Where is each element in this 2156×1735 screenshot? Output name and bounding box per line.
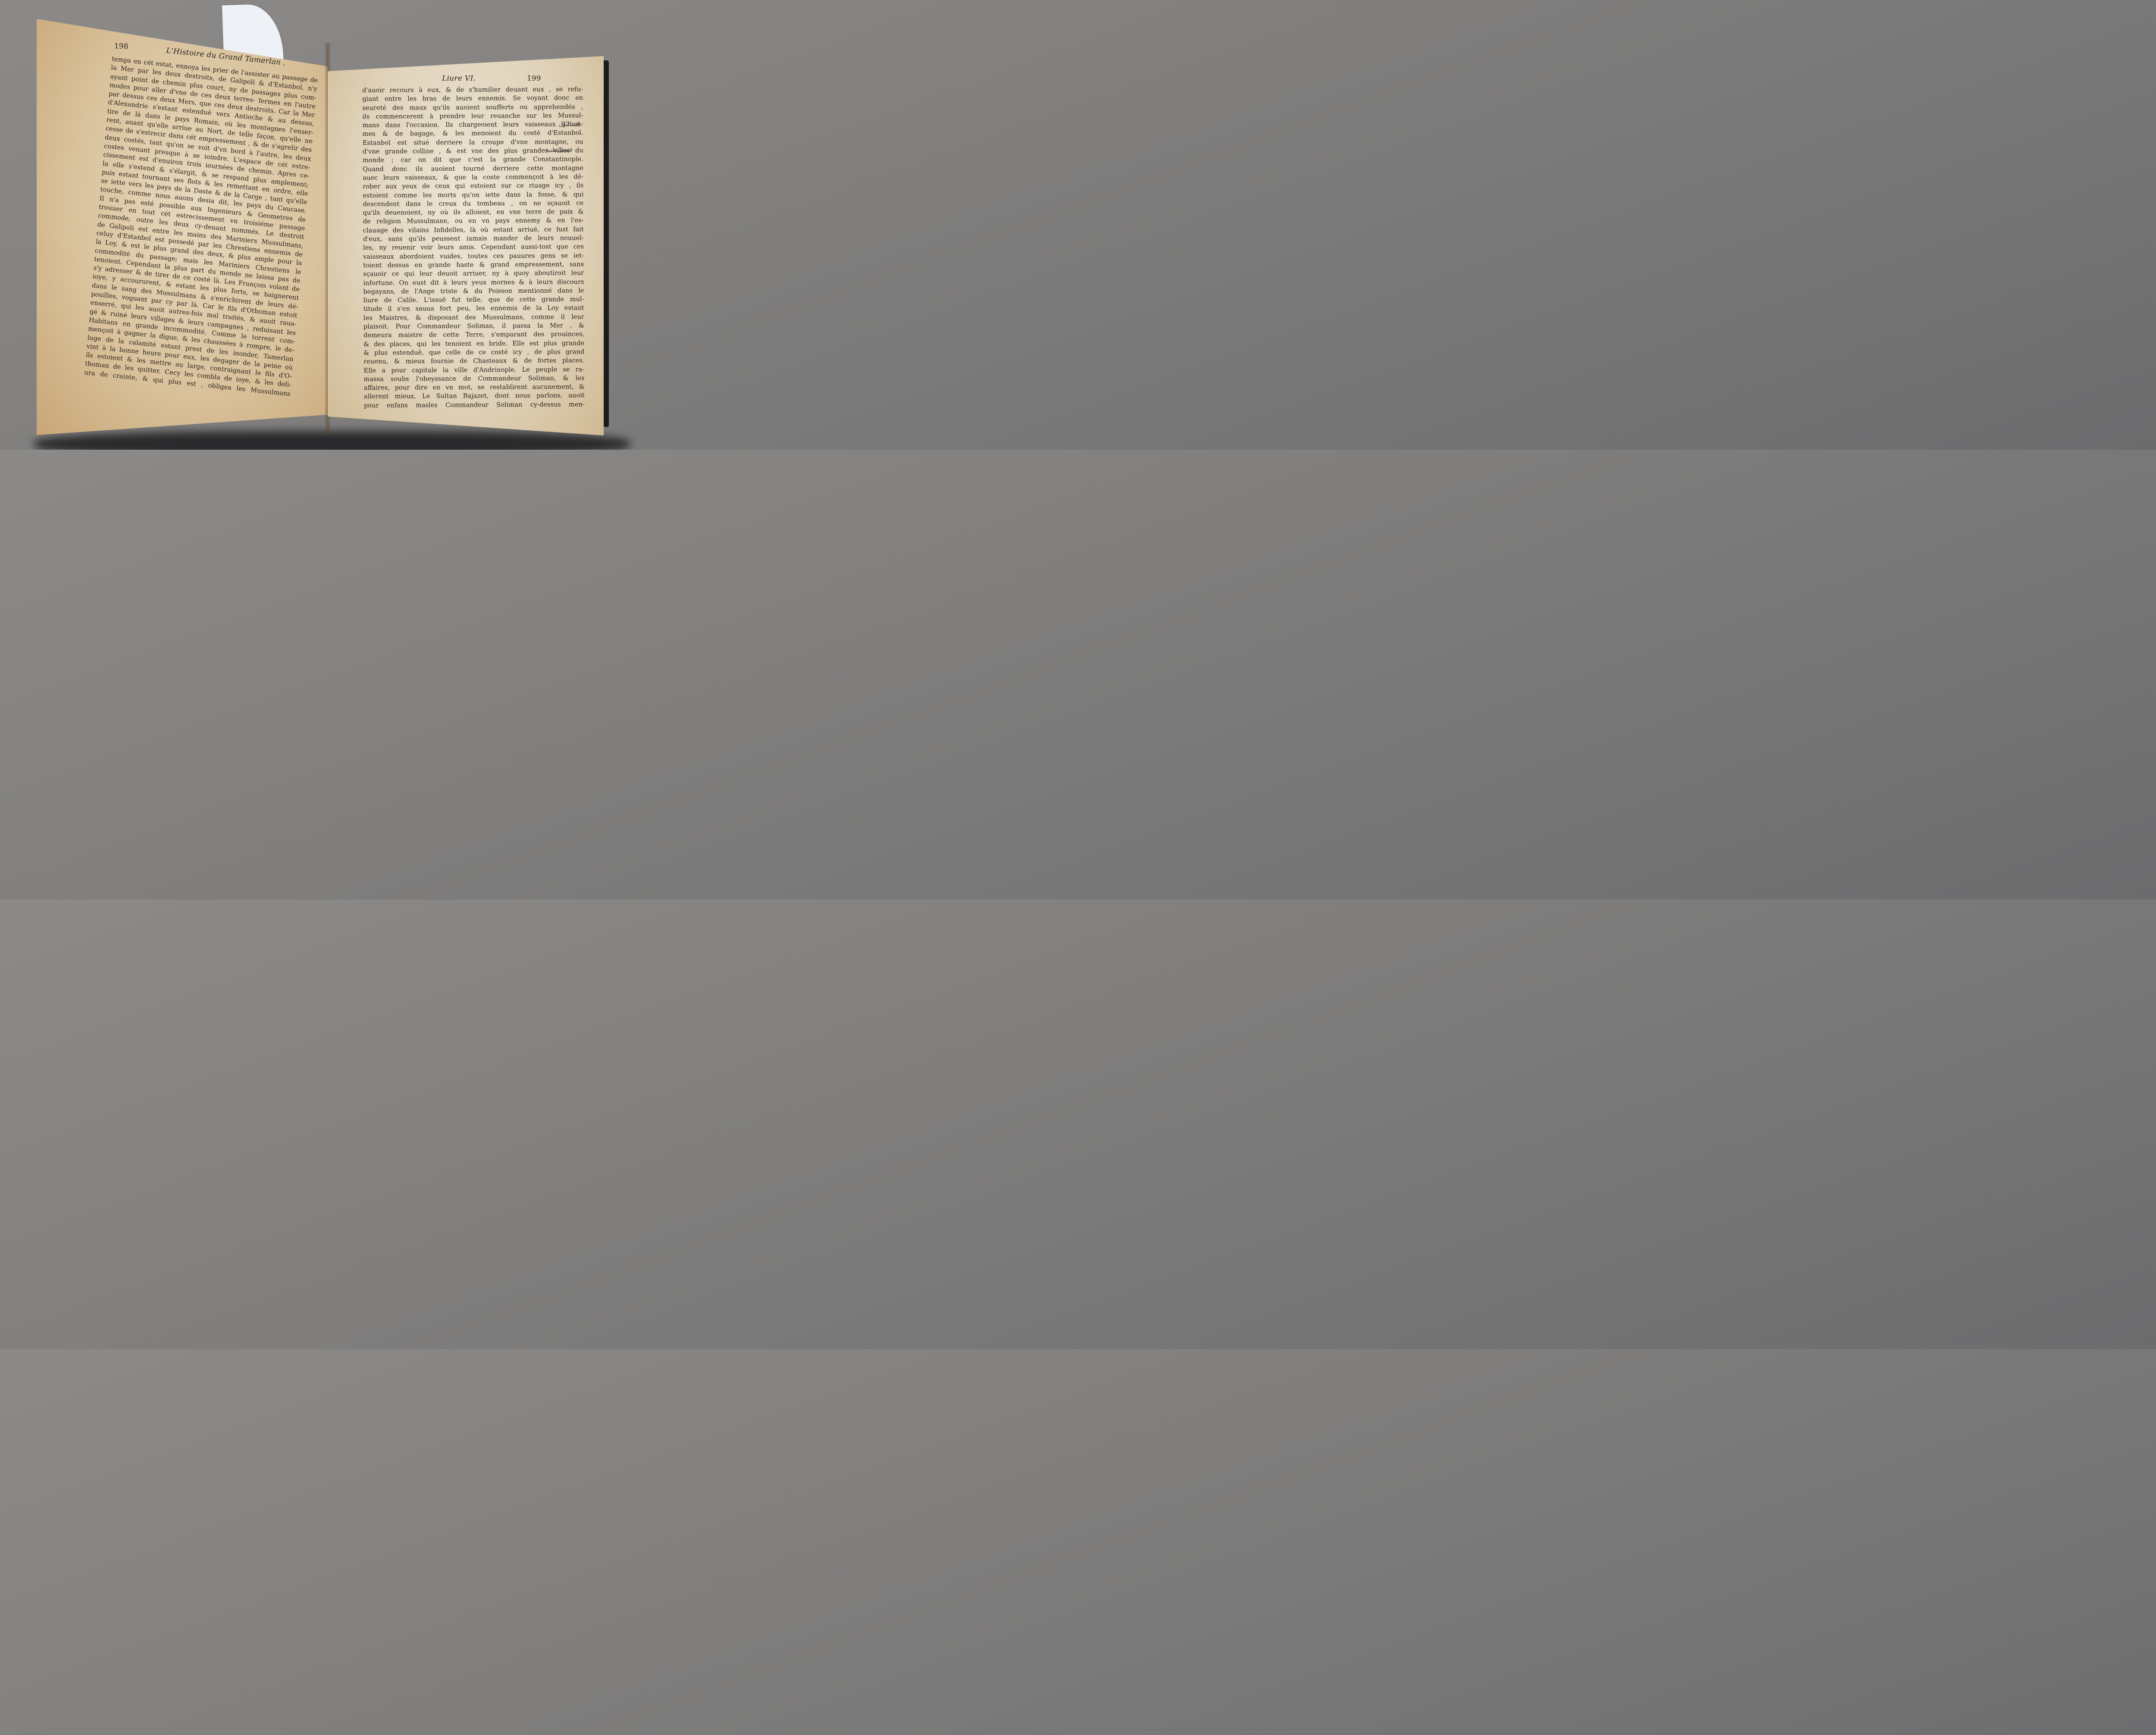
text-line: mans dans l'occasion. Ils chargeoient le… — [362, 120, 583, 130]
text-line: estoient comme les morts qu'on iette dan… — [363, 190, 583, 200]
text-line: les, ny reuenir voir leurs amis. Cependa… — [363, 243, 584, 253]
text-line: affaires, pour dire en vn mot, se restab… — [364, 382, 585, 392]
text-line: descendent dans le creux du tombeau , on… — [363, 199, 583, 209]
text-line: de religion Mussulmane, ou en vn pays en… — [363, 216, 584, 226]
text-line: massa soubs l'obeyssance de Commandeur S… — [364, 374, 585, 384]
text-line: qu'ils deuenoient, ny où ils alloient, e… — [363, 207, 583, 217]
text-line: seureté des maux qu'ils auoient souffert… — [362, 103, 583, 113]
text-line: reuenu, & mieux fournie de Chasteaux & d… — [364, 357, 584, 366]
text-line: giant entre les bras de leurs ennemis. S… — [362, 94, 583, 104]
text-line: les Maistres, & disposant des Mussulmans… — [364, 313, 584, 323]
right-page: Liure VI. 199 d'auoir recours à eux, & d… — [328, 56, 604, 435]
text-line: toient dessus en grande haste & grand em… — [363, 260, 584, 270]
body-text: temps en cét estat, ennoya les prier de … — [84, 55, 319, 398]
text-line: vaisseaux abordoient vuides, toutes ces … — [363, 251, 584, 261]
text-line: mes & de bagage, & les menoient du costé… — [363, 129, 583, 139]
left-page: 198 L'Histoire du Grand Tamerlan , temps… — [37, 10, 328, 440]
page-number: 199 — [527, 74, 541, 83]
page-number: 198 — [114, 42, 128, 51]
text-line: plaisoit. Pour Commandeur Soliman, il pa… — [364, 321, 584, 331]
text-line: & des places, qui les tenoient en bride.… — [364, 339, 584, 349]
text-line: pour enfans masles Commandeur Soliman cy… — [364, 400, 585, 410]
text-line: sçauoir ce qui leur deuoit arriuer, ny à… — [363, 269, 584, 279]
text-line: allerent mieux. Le Sultan Bajazet, dont … — [364, 391, 585, 401]
body-text: d'auoir recours à eux, & de s'humilier d… — [362, 85, 585, 410]
text-line: rober aux yeux de ceux qui estoient sur … — [363, 182, 583, 191]
text-line: Estanbol est situé derriere la croupe d'… — [363, 138, 583, 147]
text-line: demeura maistre de cette Terre, s'empara… — [364, 330, 584, 340]
text-line: titude il s'en sauua fort peu, les ennem… — [364, 304, 584, 314]
text-line: & plus estenduë, que celle de ce costé i… — [364, 348, 584, 357]
margin-note: استانبول — [558, 121, 580, 128]
text-line: d'eux, sans qu'ils peussent iamais mande… — [363, 234, 584, 244]
text-line: begayans, de l'Ange triste & du Poisson … — [363, 286, 584, 296]
text-line: d'auoir recours à eux, & de s'humilier d… — [362, 85, 583, 95]
book-shadow — [34, 431, 630, 450]
text-line: auec leurs vaisseaux, & que la coste com… — [363, 172, 583, 182]
text-line: infortune. On eust dit à leurs yeux morn… — [363, 278, 584, 288]
margin-note: قسطنطنية — [545, 147, 572, 153]
text-line: monde ; car on dit que c'est la grande C… — [363, 155, 583, 165]
text-line: Quand donc ils auoient tourné derriere c… — [363, 164, 583, 174]
text-line: Elle a pour capitale la ville d'Andrinop… — [364, 365, 584, 375]
running-head: Liure VI. — [442, 74, 476, 83]
text-line: clauage des vilains Infidelles, là où es… — [363, 225, 584, 235]
text-line: liure de Calile. L'issuë fut telle, que … — [364, 295, 584, 305]
text-line: ils commencerent à prendre leur reuanche… — [362, 111, 583, 121]
